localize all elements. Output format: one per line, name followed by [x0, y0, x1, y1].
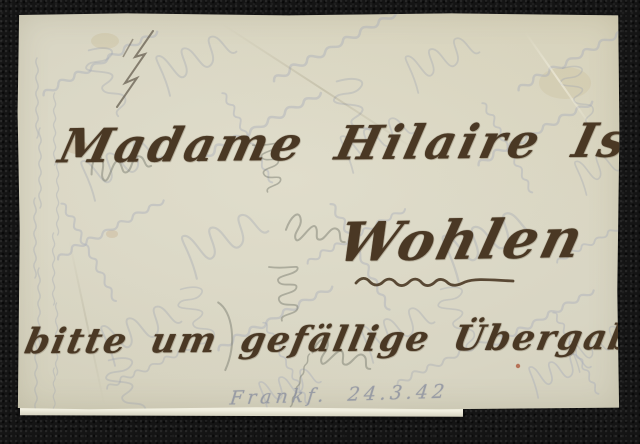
underline-flourish [353, 273, 518, 291]
address-destination-line: Wohlen [331, 206, 592, 274]
address-recipient-line: Madame Hilaire Isler [54, 113, 640, 175]
rate-marking-scribble [97, 27, 157, 112]
endorsement-line: bitte um gefällige Übergabe. [21, 317, 640, 363]
pencil-docketing-note: Frankf. 24.3.42 [229, 381, 450, 410]
letter-photo-backdrop: Madame Hilaire Isler Wohlen bitte um gef… [0, 0, 640, 444]
folded-letter-paper: Madame Hilaire Isler Wohlen bitte um gef… [17, 13, 620, 410]
